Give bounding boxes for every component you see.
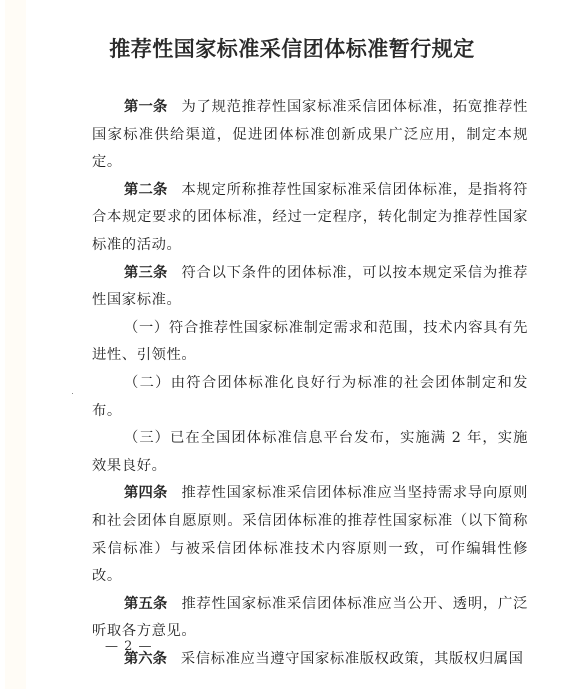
- article-2: 第二条本规定所称推荐性国家标准采信团体标准，是指将符合本规定要求的团体标准，经过…: [92, 177, 528, 260]
- article-label: 第三条: [124, 265, 167, 281]
- article-1: 第一条为了规范推荐性国家标准采信团体标准，拓宽推荐性国家标准供给渠道，促进团体标…: [92, 94, 528, 177]
- article-4: 第四条推荐性国家标准采信团体标准应当坚持需求导向原则和社会团体自愿原则。采信团体…: [92, 480, 528, 590]
- page-edge-shadow: [5, 0, 26, 689]
- article-5: 第五条推荐性国家标准采信团体标准应当公开、透明，广泛听取各方意见。: [92, 591, 528, 646]
- article-label: 第五条: [124, 596, 167, 612]
- article-3: 第三条符合以下条件的团体标准，可以按本规定采信为推荐性国家标准。: [92, 260, 528, 315]
- condition-item-2: （二）由符合团体标准化良好行为标准的社会团体制定和发布。: [92, 370, 528, 425]
- page-number: — 2 —: [105, 639, 153, 654]
- document-title: 推荐性国家标准采信团体标准暂行规定: [0, 33, 584, 63]
- condition-item-1: （一）符合推荐性国家标准制定需求和范围，技术内容具有先进性、引领性。: [92, 315, 528, 370]
- condition-item-3: （三）已在全国团体标准信息平台发布，实施满 2 年，实施效果良好。: [92, 425, 528, 480]
- article-label: 第二条: [124, 182, 167, 198]
- article-label: 第四条: [124, 485, 167, 501]
- document-body: 第一条为了规范推荐性国家标准采信团体标准，拓宽推荐性国家标准供给渠道，促进团体标…: [92, 94, 528, 673]
- article-6: 第六条采信标准应当遵守国家标准版权政策，其版权归属国: [92, 646, 528, 674]
- article-label: 第一条: [124, 99, 167, 115]
- article-text: 采信标准应当遵守国家标准版权政策，其版权归属国: [181, 651, 524, 667]
- scan-artifact-dot: [72, 393, 73, 394]
